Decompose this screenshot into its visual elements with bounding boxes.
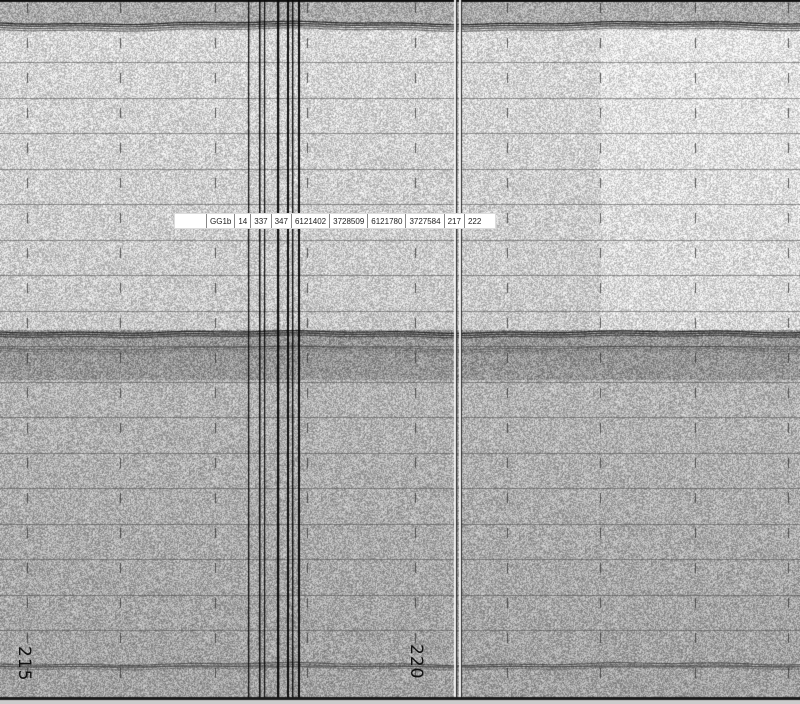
seismic-trace-canvas [0, 0, 800, 704]
label-blank-end [484, 214, 495, 228]
field-1: 14 [234, 214, 250, 228]
field-5: 3728509 [329, 214, 367, 228]
field-2: 337 [250, 214, 270, 228]
seismic-record: GG1b 14 337 347 6121402 3728509 6121780 … [0, 0, 800, 704]
header-label-strip: GG1b 14 337 347 6121402 3728509 6121780 … [174, 213, 496, 229]
shot-marker-220: 220 [406, 644, 426, 679]
field-3: 347 [271, 214, 291, 228]
field-9: 222 [464, 214, 484, 228]
line-id: GG1b [206, 214, 234, 228]
field-7: 3727584 [405, 214, 443, 228]
field-6: 6121780 [367, 214, 405, 228]
field-4: 6121402 [291, 214, 329, 228]
field-8: 217 [444, 214, 464, 228]
shot-marker-215: 215 [14, 646, 34, 681]
label-blank [175, 214, 206, 228]
